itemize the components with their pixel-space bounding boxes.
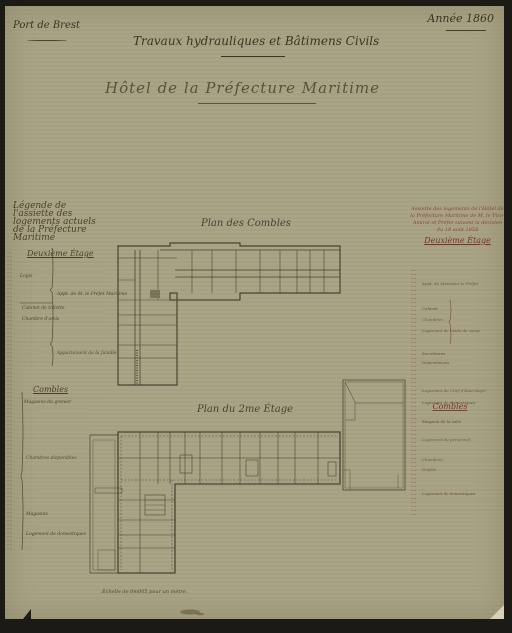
right-ruled-lines: [410, 270, 500, 510]
floor-plan-drawings: [5, 6, 504, 619]
second-floor-plan: [90, 380, 405, 573]
torn-corner-bottom-left: [23, 609, 31, 619]
left-ruled-lines: [14, 262, 110, 548]
attic-plan: [118, 243, 340, 385]
folded-corner-bottom-right: [490, 605, 504, 619]
archival-sheet: Port de Brest Année 1860 Travaux hydraul…: [5, 6, 504, 619]
left-number-column: [8, 252, 11, 552]
